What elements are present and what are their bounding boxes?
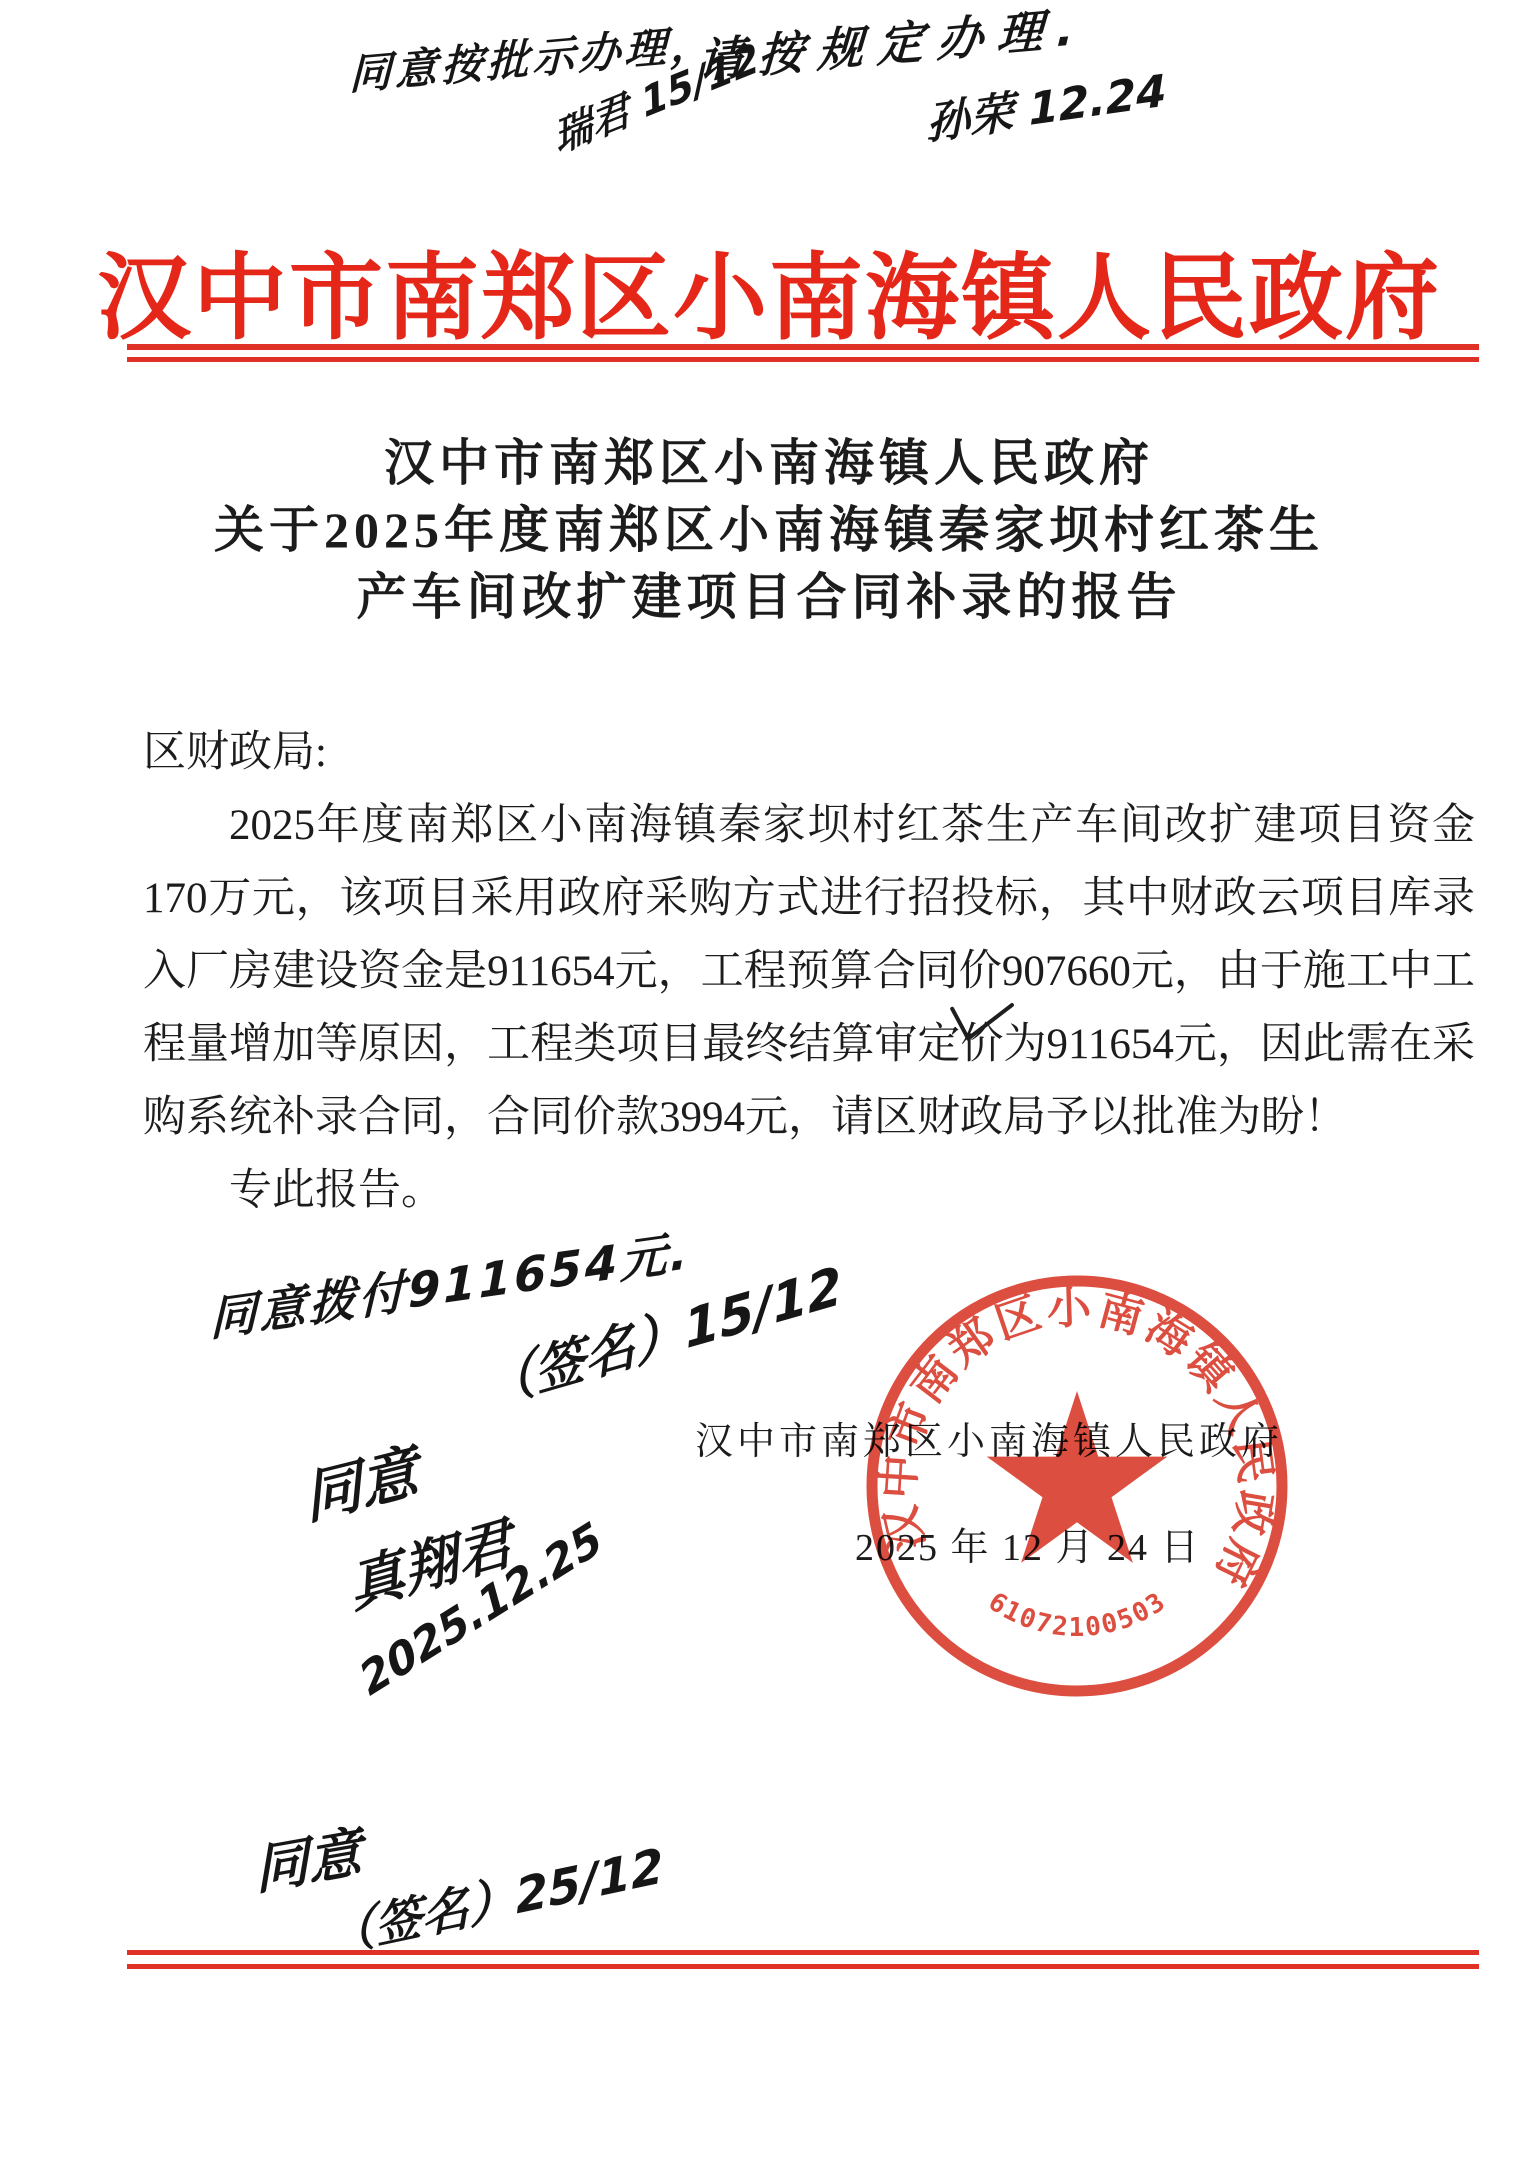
header-separator-line-1	[127, 344, 1479, 350]
handwritten-agree-1: 同意	[298, 1424, 422, 1536]
agency-banner: 汉中市南郑区小南海镇人民政府	[0, 222, 1538, 357]
handwritten-checkmark-icon	[946, 995, 1019, 1050]
handwritten-agree-2-sign: （签名）25/12	[325, 1827, 666, 1968]
title-line-3: 产车间改扩建项目合同补录的报告	[0, 564, 1538, 631]
official-seal: 汉中市南郑区小南海镇人民政府 6107210050365	[847, 1256, 1307, 1716]
body-paragraph: 2025年度南郑区小南海镇秦家坝村红茶生产车间改扩建项目资金170万元，该项目采…	[143, 789, 1475, 1154]
header-separator-line-2	[127, 357, 1479, 362]
title-line-1: 汉中市南郑区小南海镇人民政府	[0, 430, 1538, 497]
handwritten-sign-top-right: 孙荣 12.24	[925, 54, 1167, 152]
document-page: 同意按批示办理， 瑞君 15/12 请按规定办理. 孙荣 12.24 汉中市南郑…	[0, 0, 1538, 2177]
title-line-2: 关于2025年度南郑区小南海镇秦家坝村红茶生	[0, 497, 1538, 564]
salutation: 区财政局:	[143, 716, 1475, 789]
handwritten-agree-2: 同意	[252, 1809, 364, 1905]
closing-line: 专此报告。	[143, 1154, 1475, 1227]
header-separator	[127, 344, 1479, 362]
document-title: 汉中市南郑区小南海镇人民政府 关于2025年度南郑区小南海镇秦家坝村红茶生 产车…	[0, 430, 1538, 631]
seal-star-icon	[987, 1391, 1168, 1563]
document-body: 区财政局: 2025年度南郑区小南海镇秦家坝村红茶生产车间改扩建项目资金170万…	[143, 716, 1475, 1227]
